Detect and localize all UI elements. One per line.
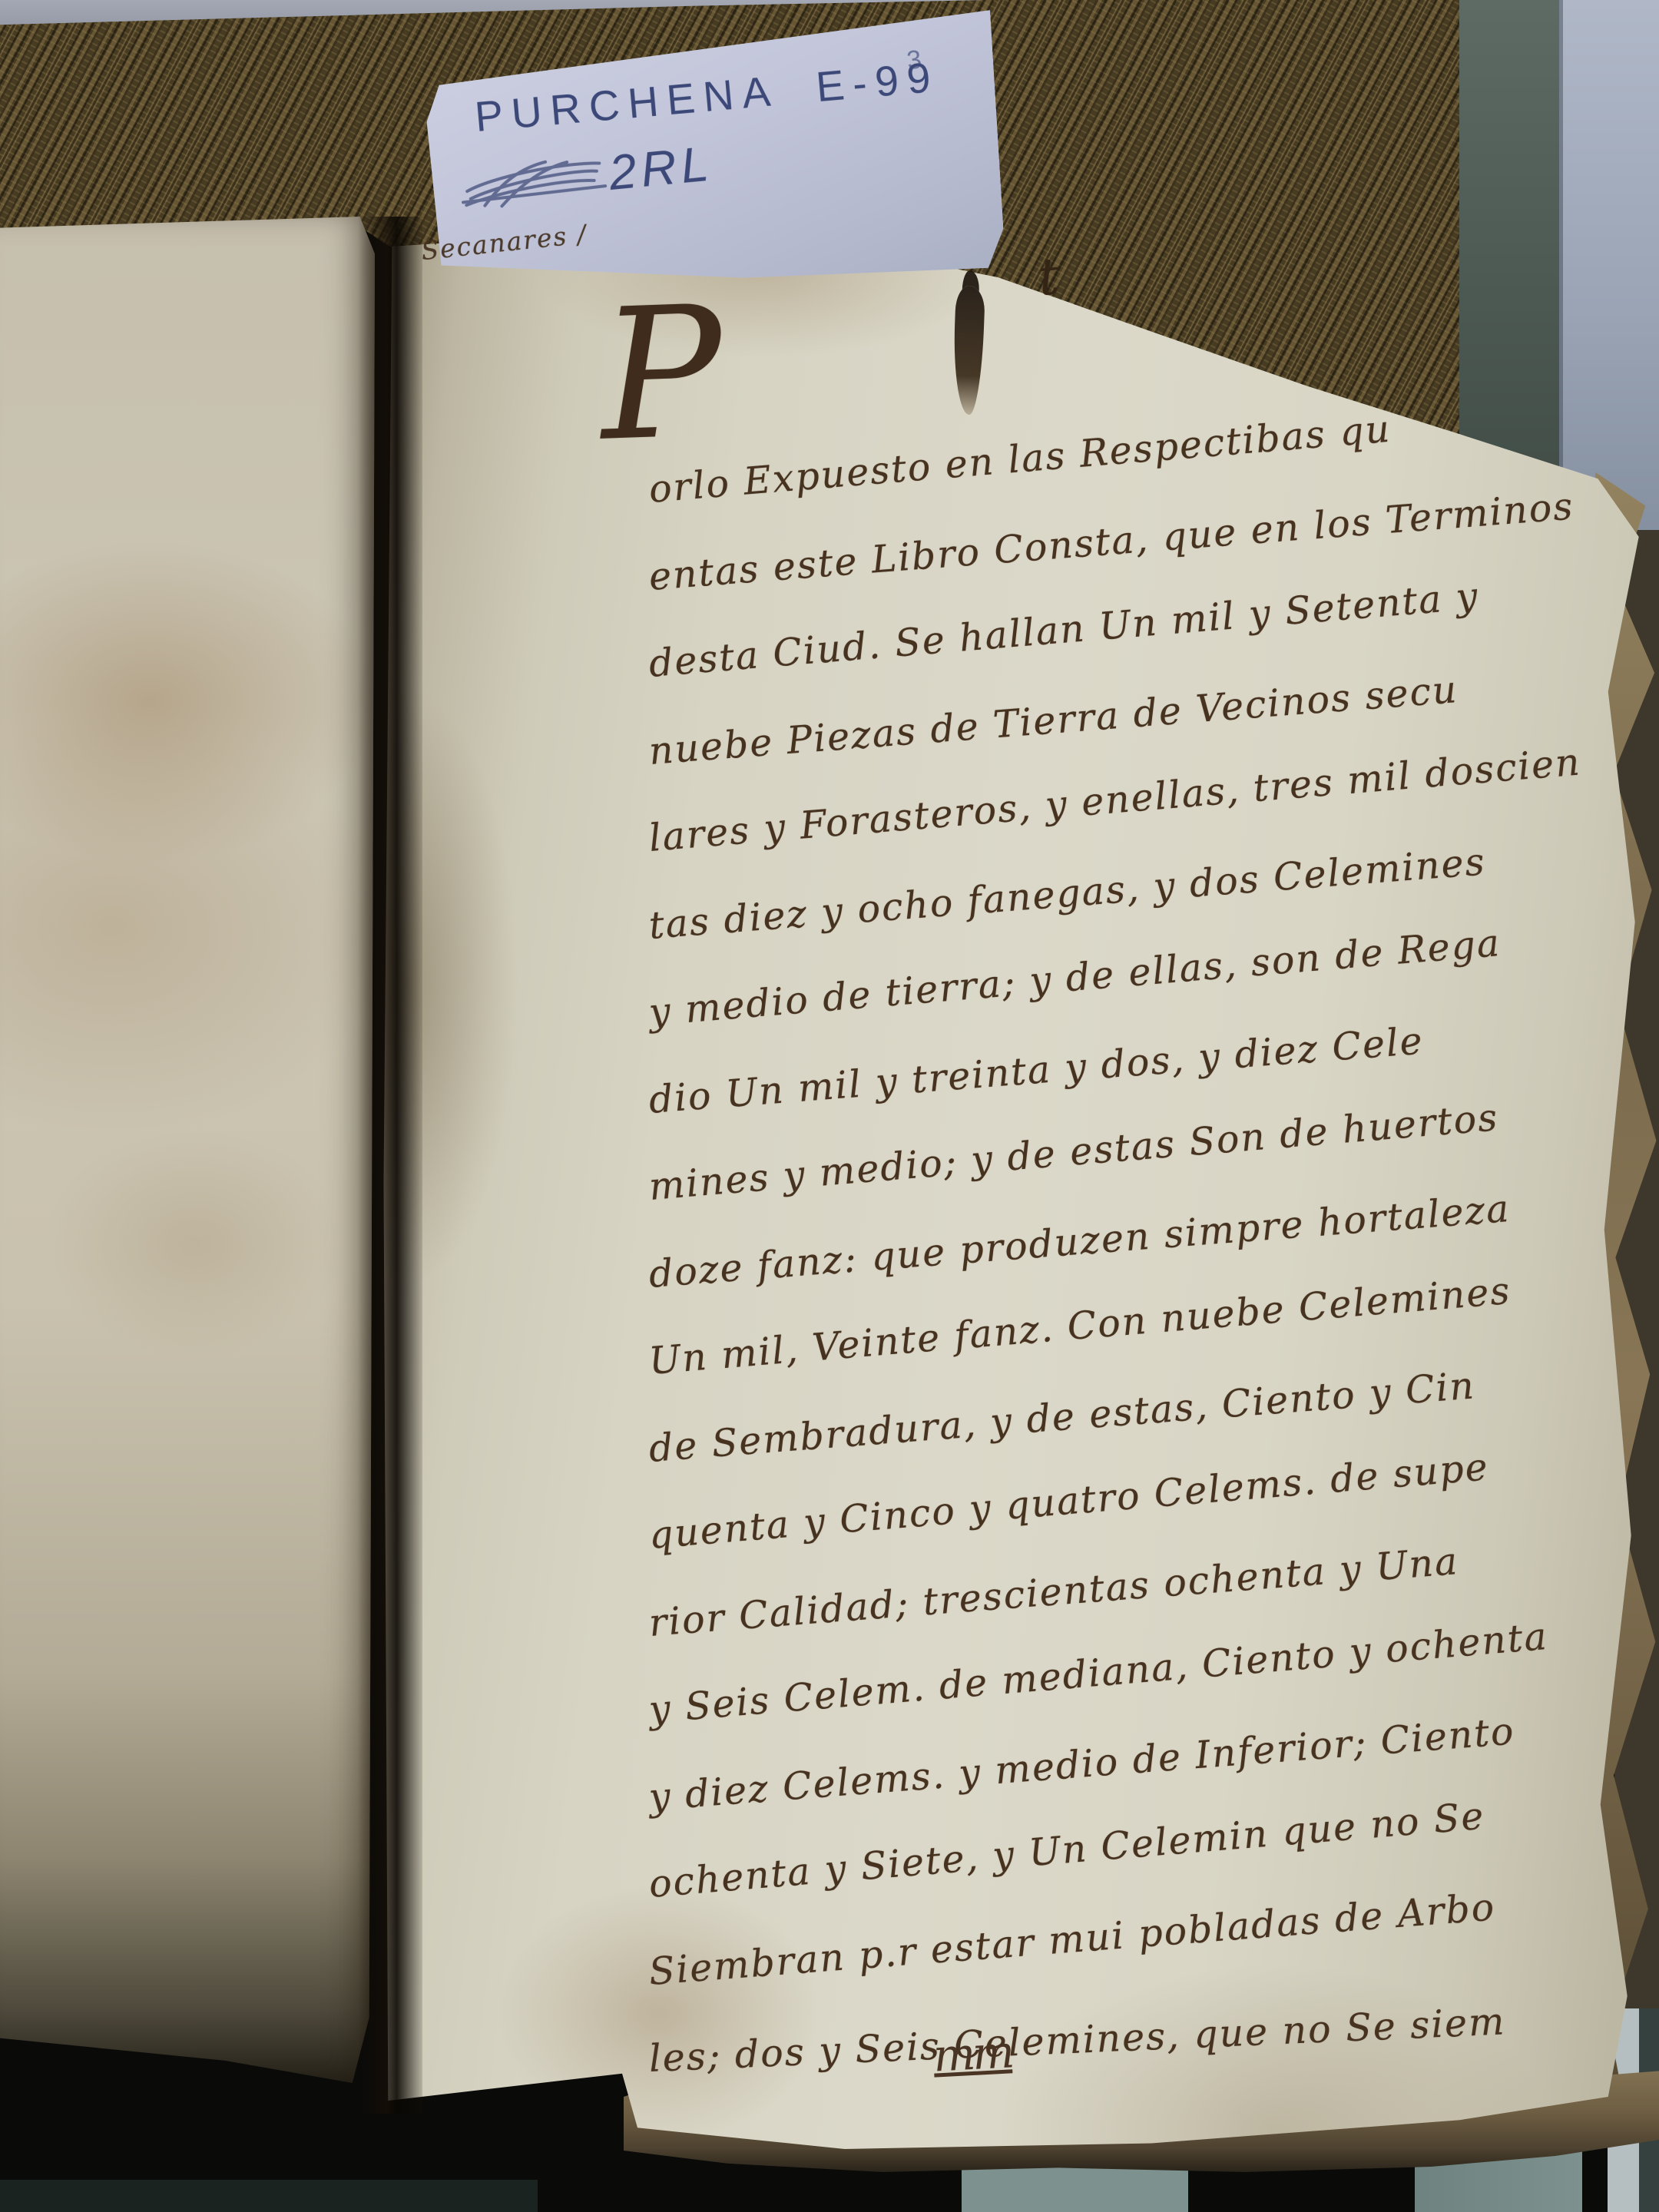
manuscript-line: desta Ciud. Se hallan Un mil y Setenta y [647,574,1481,686]
label-shelfmark: 2RL [607,134,716,201]
backdrop-right-dark-band [1442,0,1577,511]
manuscript-line: rior Calidad; trescientas ochenta y Una [647,1539,1460,1645]
manuscript-line: quenta y Cinco y quatro Celems. de supe [647,1445,1491,1558]
manuscript-line: dio Un mil y treinta y dos, y diez Cele [647,1018,1426,1121]
manuscript-line: les; dos y Seis Celemines, que no Se sie… [648,1999,1507,2081]
backdrop-floor-shadow [0,2180,538,2212]
manuscript-line: Siembran p.r estar mui pobladas de Arbo [647,1885,1497,1994]
initial-capital: P [598,282,725,466]
manuscript-text-block: orlo Expuesto en las Respectibas qu enta… [649,449,1659,2162]
book-gutter-shadow [358,217,422,2114]
manuscript-line: nuebe Piezas de Tierra de Vecinos secu [647,667,1460,773]
scratched-out-text [459,147,608,216]
manuscript-line: ochenta y Siete, y Un Celemin que no Se [647,1794,1487,1906]
manuscript-line: de Sembradura, y de estas, Ciento y Cin [647,1363,1477,1471]
left-page-blank [0,217,375,2083]
end-flourish: mm [932,2025,1012,2081]
photo-open-manuscript-book: PURCHENA E-99 3 2RL Secanares / t P orlo… [0,0,1659,2212]
label-superscript: 3 [905,45,923,76]
